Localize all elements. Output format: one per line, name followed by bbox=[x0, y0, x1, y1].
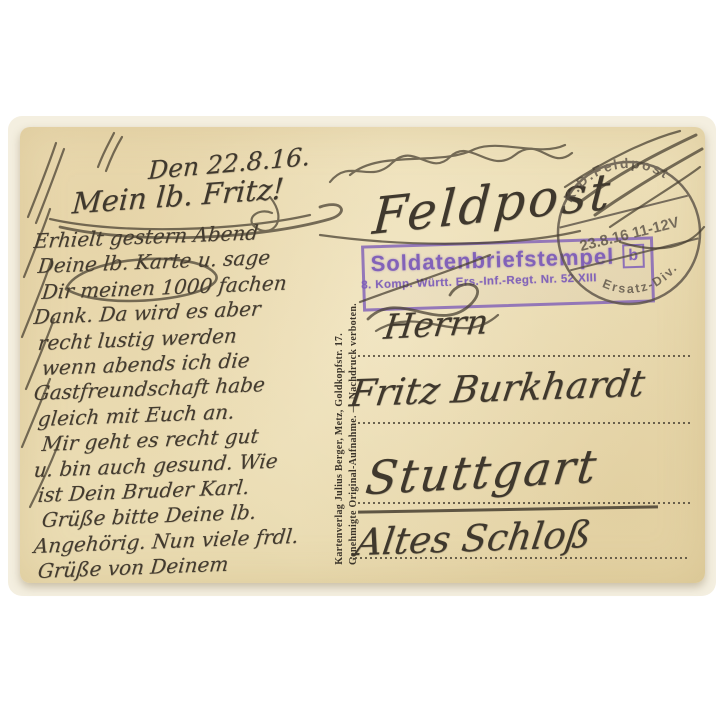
postmark-arc-bottom-text: Ersatz-Div. bbox=[598, 259, 684, 305]
address-rule-2 bbox=[358, 422, 690, 424]
address-rule-4 bbox=[350, 557, 690, 559]
address-name: Fritz Burkhardt bbox=[347, 362, 647, 416]
scanned-postcard-image: Den 22.8.16. Mein lb. Fritz! Erhielt ges… bbox=[0, 0, 720, 720]
address-rule-1 bbox=[358, 355, 690, 357]
margin-scribble-2 bbox=[36, 149, 64, 223]
corner-tick-1 bbox=[98, 133, 114, 167]
svg-text:K.D.Feldpost: K.D.Feldpost bbox=[554, 143, 676, 207]
message-salutation: Mein lb. Fritz! bbox=[71, 171, 285, 220]
postmark-arc-top-text: K.D.Feldpost bbox=[554, 143, 676, 207]
corner-tick-2 bbox=[106, 137, 122, 171]
svg-text:Ersatz-Div.: Ersatz-Div. bbox=[598, 259, 684, 305]
message-lines: Erhielt gestern AbendDeine lb. Karte u. … bbox=[34, 229, 366, 581]
address-rule-3 bbox=[358, 502, 690, 504]
address-city: Stuttgart bbox=[363, 439, 601, 506]
city-underline-stroke bbox=[358, 505, 658, 513]
postcard: Den 22.8.16. Mein lb. Fritz! Erhielt ges… bbox=[20, 127, 705, 583]
feldpost-postmark: K.D.Feldpost Ersatz-Div. 23.8.16 11-12V bbox=[539, 143, 719, 323]
publisher-line-1: Kartenverlag Julius Berger, Metz, Goldko… bbox=[334, 333, 345, 565]
margin-scribble-1 bbox=[28, 143, 56, 217]
